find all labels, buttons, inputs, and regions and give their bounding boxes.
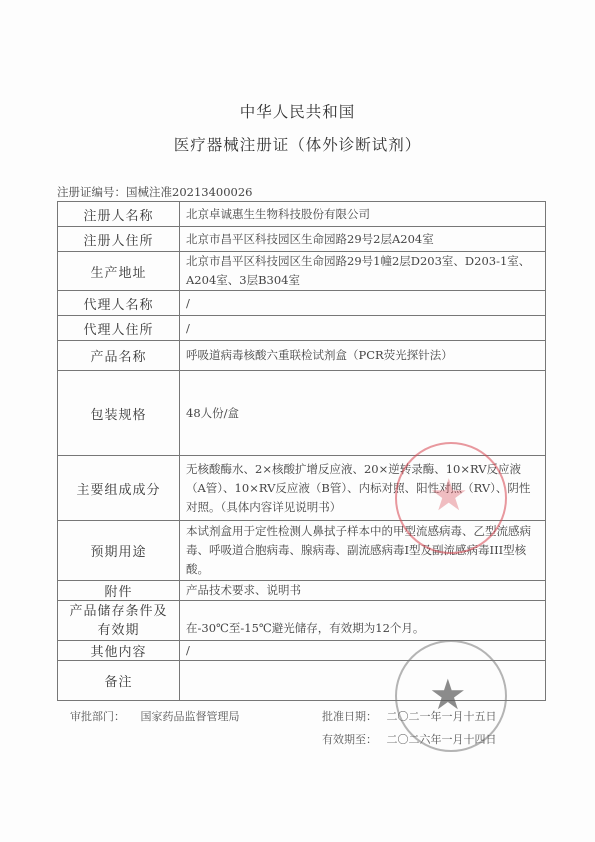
- row-label: 附件: [58, 581, 180, 601]
- row-label: 产品储存条件及有效期: [58, 601, 180, 641]
- table-row-agent-address: 代理人住所 /: [58, 316, 546, 341]
- table-row-product-name: 产品名称 呼吸道病毒核酸六重联检试剂盒（PCR荧光探针法）: [58, 341, 546, 371]
- row-label: 注册人住所: [58, 227, 180, 252]
- document-title: 医疗器械注册证（体外诊断试剂）: [0, 133, 595, 155]
- row-label: 生产地址: [58, 252, 180, 291]
- approval-date-line: 批准日期： 二〇二一年一月十五日: [322, 708, 497, 724]
- row-label: 注册人名称: [58, 202, 180, 227]
- row-label: 包装规格: [58, 371, 180, 456]
- registration-number: 国械注准20213400026: [126, 185, 252, 199]
- certificate-table: 注册人名称 北京卓诚惠生生物科技股份有限公司 注册人住所 北京市昌平区科技园区生…: [57, 201, 546, 701]
- row-label: 代理人住所: [58, 316, 180, 341]
- table-row-agent-name: 代理人名称 /: [58, 291, 546, 316]
- table-row-production-address: 生产地址 北京市昌平区科技园区生命园路29号1幢2层D203室、D203-1室、…: [58, 252, 546, 291]
- row-value: /: [180, 641, 546, 661]
- registration-number-line: 注册证编号：国械注准20213400026: [57, 184, 252, 200]
- row-value: /: [180, 316, 546, 341]
- row-value: 无核酸酶水、2×核酸扩增反应液、20×逆转录酶、10×RV反应液（A管）、10×…: [180, 456, 546, 521]
- table-row-remarks: 备注: [58, 661, 546, 701]
- country-heading: 中华人民共和国: [0, 100, 595, 122]
- row-value: 产品技术要求、说明书: [180, 581, 546, 601]
- row-label: 预期用途: [58, 521, 180, 581]
- approval-date-label: 批准日期：: [322, 710, 377, 723]
- table-row-components: 主要组成成分 无核酸酶水、2×核酸扩增反应液、20×逆转录酶、10×RV反应液（…: [58, 456, 546, 521]
- row-value: /: [180, 291, 546, 316]
- table-row-registrant-address: 注册人住所 北京市昌平区科技园区生命园路29号2层A204室: [58, 227, 546, 252]
- row-label: 代理人名称: [58, 291, 180, 316]
- row-value: 北京卓诚惠生生物科技股份有限公司: [180, 202, 546, 227]
- table-row-packaging: 包装规格 48人份/盒: [58, 371, 546, 456]
- approver-label: 审批部门：: [70, 710, 125, 723]
- row-value: 在-30℃至-15℃避光储存，有效期为12个月。: [180, 601, 546, 641]
- table-row-attachments: 附件 产品技术要求、说明书: [58, 581, 546, 601]
- row-value: 北京市昌平区科技园区生命园路29号2层A204室: [180, 227, 546, 252]
- registration-number-label: 注册证编号：: [57, 185, 126, 199]
- row-value: [180, 661, 546, 701]
- row-value: 本试剂盒用于定性检测人鼻拭子样本中的甲型流感病毒、乙型流感病毒、呼吸道合胞病毒、…: [180, 521, 546, 581]
- approver-line: 审批部门： 国家药品监督管理局: [70, 708, 240, 724]
- table-row-intended-use: 预期用途 本试剂盒用于定性检测人鼻拭子样本中的甲型流感病毒、乙型流感病毒、呼吸道…: [58, 521, 546, 581]
- row-label: 备注: [58, 661, 180, 701]
- row-label: 主要组成成分: [58, 456, 180, 521]
- table-row-registrant-name: 注册人名称 北京卓诚惠生生物科技股份有限公司: [58, 202, 546, 227]
- valid-until-line: 有效期至： 二〇二六年一月十四日: [322, 731, 497, 747]
- row-value: 呼吸道病毒核酸六重联检试剂盒（PCR荧光探针法）: [180, 341, 546, 371]
- row-label: 其他内容: [58, 641, 180, 661]
- row-value: 北京市昌平区科技园区生命园路29号1幢2层D203室、D203-1室、A204室…: [180, 252, 546, 291]
- table-row-storage: 产品储存条件及有效期 在-30℃至-15℃避光储存，有效期为12个月。: [58, 601, 546, 641]
- approval-date: 二〇二一年一月十五日: [387, 710, 497, 723]
- approver: 国家药品监督管理局: [141, 710, 240, 723]
- table-row-other: 其他内容 /: [58, 641, 546, 661]
- row-label: 产品名称: [58, 341, 180, 371]
- valid-until-label: 有效期至：: [322, 733, 377, 746]
- row-value: 48人份/盒: [180, 371, 546, 456]
- valid-until: 二〇二六年一月十四日: [387, 733, 497, 746]
